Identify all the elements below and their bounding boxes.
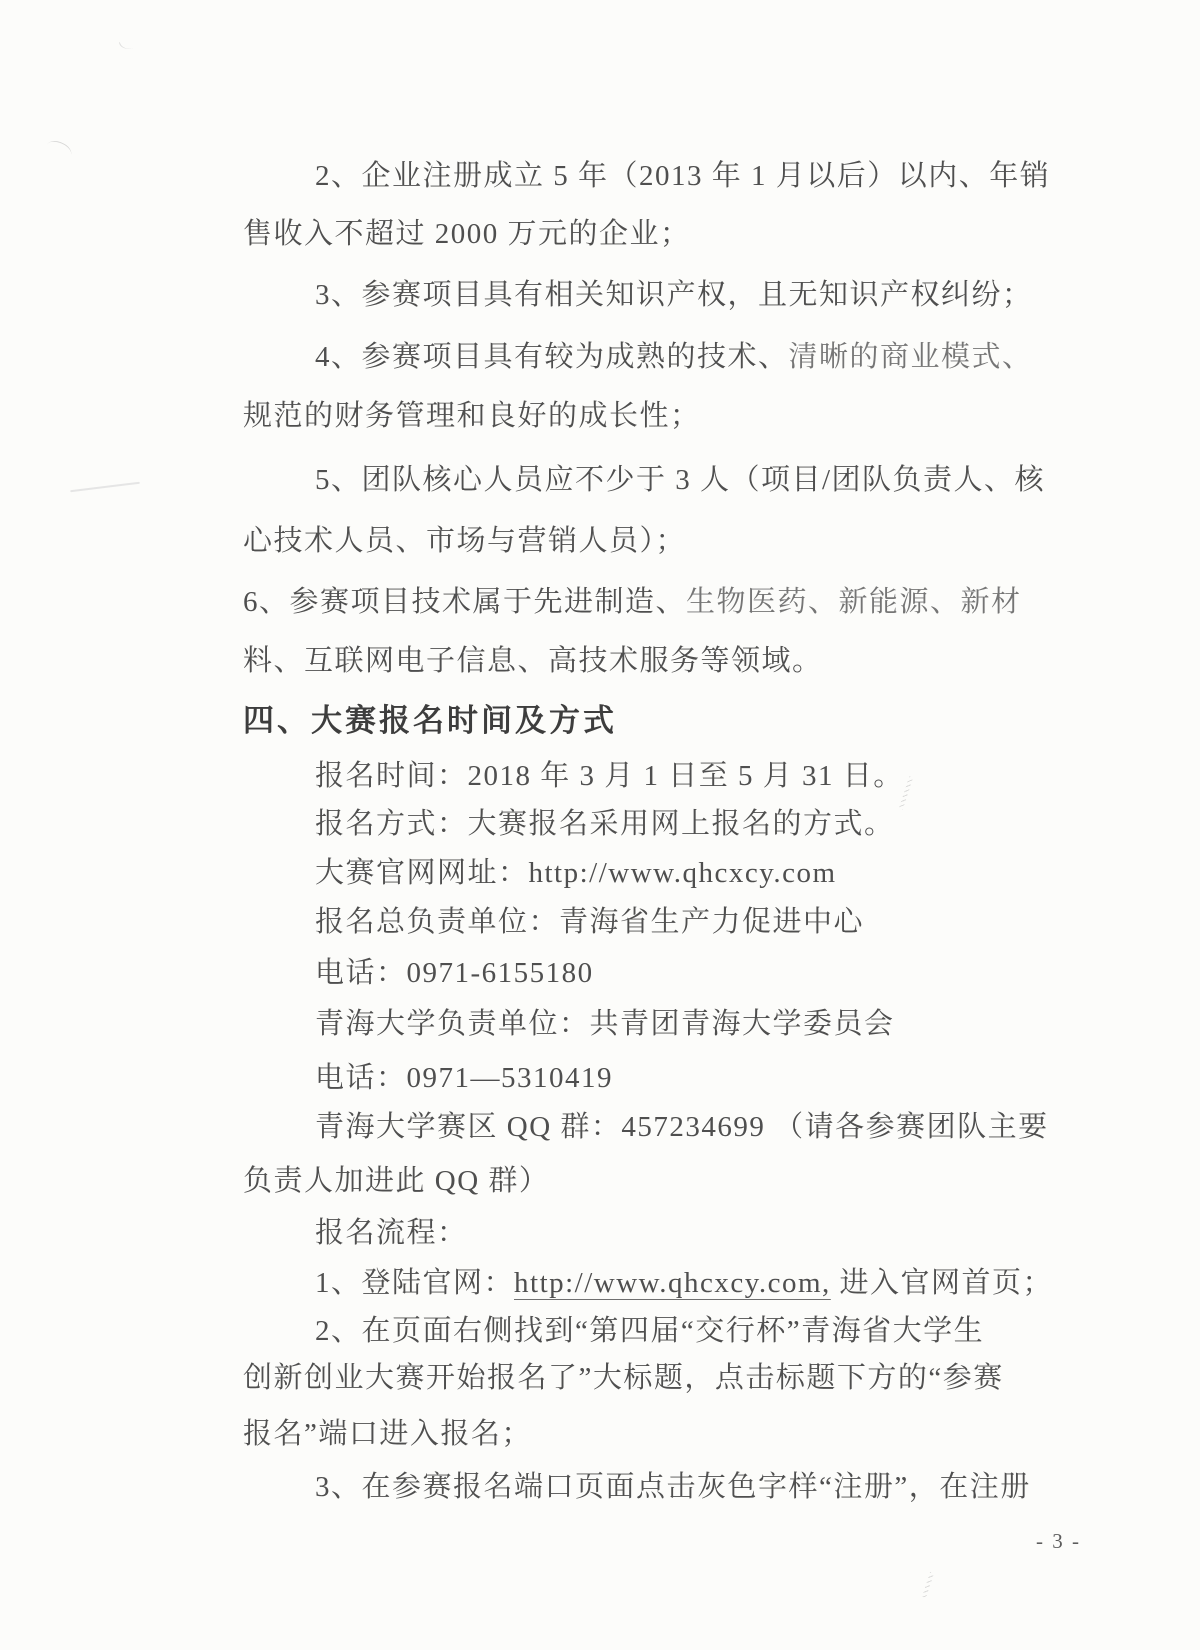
eligibility-item4-line1-light: 清晰的商业模式、	[789, 341, 1033, 373]
process-label: 报名流程：	[315, 1215, 468, 1251]
process-step1-link[interactable]: http://www.qhcxcy.com,	[514, 1267, 831, 1299]
phone-number-1: 电话：0971-6155180	[315, 955, 594, 991]
eligibility-item5-line1: 5、团队核心人员应不少于 3 人（项目/团队负责人、核	[315, 462, 1045, 498]
eligibility-item4-line1: 4、参赛项目具有较为成熟的技术、清晰的商业模式、	[315, 339, 1033, 375]
qq-group-line1: 青海大学赛区 QQ 群：457234699 （请各参赛团队主要	[315, 1109, 1049, 1145]
scan-hatch-bottom	[922, 1572, 934, 1598]
eligibility-item4-line1-dark: 4、参赛项目具有较为成熟的技术、	[315, 341, 789, 373]
eligibility-item6-line1: 6、参赛项目技术属于先进制造、生物医药、新能源、新材	[243, 584, 1022, 620]
lead-organization: 报名总负责单位：青海省生产力促进中心	[315, 904, 864, 940]
process-step2-line1: 2、在页面右侧找到“第四届“交行杯”青海省大学生	[315, 1313, 984, 1349]
process-step2-line3: 报名”端口进入报名；	[243, 1416, 532, 1452]
eligibility-item3: 3、参赛项目具有相关知识产权，且无知识产权纠纷；	[315, 277, 1033, 313]
page-number: - 3 -	[1036, 1529, 1081, 1554]
eligibility-item6-line1-light: 生物医药、新能源、新材	[686, 586, 1022, 618]
registration-method: 报名方式：大赛报名采用网上报名的方式。	[315, 806, 895, 842]
process-step1-suffix: 进入官网首页；	[831, 1267, 1053, 1299]
document-page: 2、企业注册成立 5 年（2013 年 1 月以后）以内、年销 售收入不超过 2…	[0, 0, 1200, 1650]
scan-speck-corner	[119, 38, 135, 52]
process-step3: 3、在参赛报名端口页面点击灰色字样“注册”，在注册	[315, 1469, 1031, 1505]
scan-streak-left	[70, 482, 140, 492]
eligibility-item2-line2: 售收入不超过 2000 万元的企业；	[243, 216, 691, 252]
phone-number-2: 电话：0971—5310419	[315, 1060, 613, 1096]
official-site-url: 大赛官网网址：http://www.qhcxcy.com	[315, 855, 837, 891]
eligibility-item2-line1: 2、企业注册成立 5 年（2013 年 1 月以后）以内、年销	[315, 158, 1050, 194]
process-step1: 1、登陆官网：http://www.qhcxcy.com, 进入官网首页；	[315, 1265, 1053, 1301]
scan-speck-top-left	[44, 137, 74, 162]
section4-heading: 四、大赛报名时间及方式	[243, 703, 617, 739]
eligibility-item5-line2: 心技术人员、市场与营销人员）；	[243, 523, 686, 559]
process-step2-line2: 创新创业大赛开始报名了”大标题，点击标题下方的“参赛	[243, 1360, 1004, 1396]
eligibility-item6-line1-dark: 6、参赛项目技术属于先进制造、	[243, 586, 686, 618]
eligibility-item6-line2: 料、互联网电子信息、高技术服务等领域。	[243, 643, 823, 679]
qq-group-line2: 负责人加进此 QQ 群）	[243, 1163, 549, 1199]
registration-time: 报名时间：2018 年 3 月 1 日至 5 月 31 日。	[315, 758, 904, 794]
qinghai-univ-org: 青海大学负责单位：共青团青海大学委员会	[315, 1006, 895, 1042]
process-step1-prefix: 1、登陆官网：	[315, 1267, 514, 1299]
eligibility-item4-line2: 规范的财务管理和良好的成长性；	[243, 398, 701, 434]
